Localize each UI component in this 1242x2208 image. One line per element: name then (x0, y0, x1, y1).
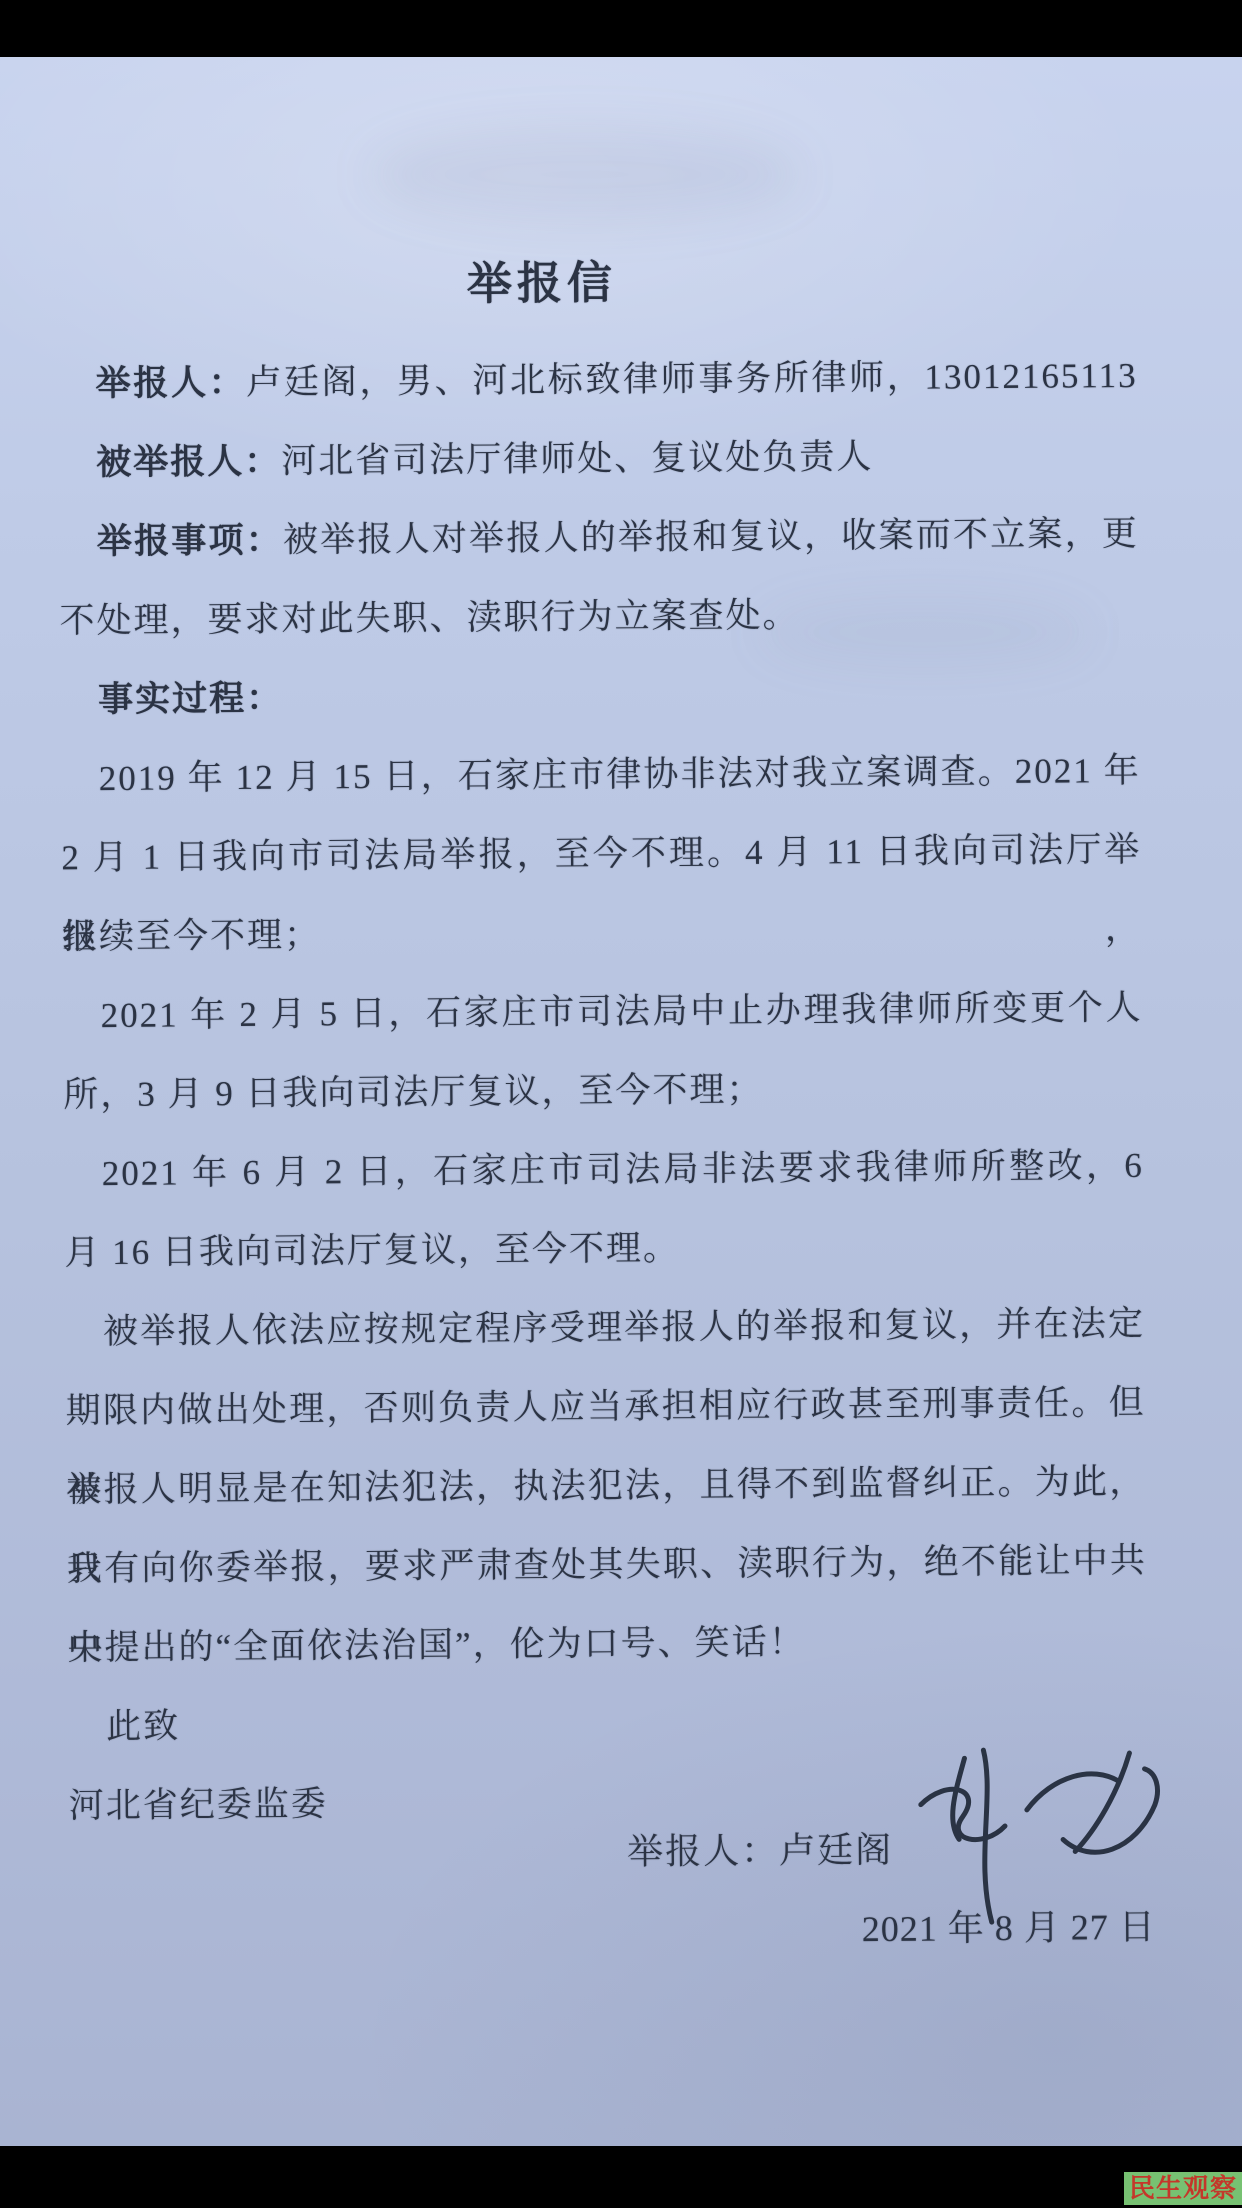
field-value: 2021 年 2 月 5 日，石家庄市司法局中止办理我律师所变更个人 (100, 988, 1142, 1035)
field-value: 河北省司法厅律师处、复议处负责人 (281, 437, 873, 481)
letter-line: 2019 年 12 月 15 日，石家庄市律协非法对我立案调查。2021 年 (60, 731, 1141, 818)
line-facts-heading: 事实过程： (60, 652, 1141, 739)
field-value: 央提出的“全面依法治国”，伦为口号、笑话！ (67, 1623, 805, 1668)
field-value: 河北省纪委监委 (69, 1784, 328, 1825)
letter-line: 央提出的“全面依法治国”，伦为口号、笑话！ (67, 1600, 1148, 1687)
letterbox-bottom: 民生观察 (0, 2146, 1242, 2208)
letter-line: 被举报人依法应按规定程序受理举报人的举报和复议，并在法定 (65, 1284, 1146, 1371)
field-value: 此致 (106, 1706, 180, 1746)
field-value: 继续至今不理； (62, 915, 321, 956)
line-subject: 举报事项：被举报人对举报人的举报和复议，收案而不立案，更 (59, 494, 1140, 581)
line-reporter: 举报人：卢廷阁，男、河北标致律师事务所律师，13012165113 (57, 336, 1138, 423)
letter-line: 只有向你委举报，要求严肃查处其失职、渎职行为，绝不能让中共中 (67, 1521, 1148, 1608)
letter-line: 2021 年 2 月 5 日，石家庄市司法局中止办理我律师所变更个人 (62, 968, 1143, 1055)
watermark-badge: 民生观察 (1124, 2172, 1242, 2205)
field-value: 所，3 月 9 日我向司法厅复议，至今不理； (63, 1070, 764, 1114)
field-value: 被举报人对举报人的举报和复议，收案而不立案，更 (283, 514, 1139, 560)
handwritten-signature (886, 1743, 1187, 1930)
field-label: 举报人： (95, 363, 246, 403)
letterbox-top (0, 0, 1242, 57)
field-value: 2021 年 6 月 2 日，石家庄市司法局非法要求我律师所整改，6 (102, 1146, 1144, 1193)
field-value: 月 16 日我向司法厅复议，至今不理。 (64, 1229, 680, 1273)
letter-line: 所，3 月 9 日我向司法厅复议，至今不理； (63, 1047, 1144, 1134)
letter-line: 2 月 1 日我向市司法局举报，至今不理。4 月 11 日我向司法厅举报， (61, 810, 1142, 897)
signer-name: 举报人：卢廷阁 (627, 1825, 893, 1877)
letter-line: 不处理，要求对此失职、渎职行为立案查处。 (59, 573, 1140, 660)
field-value: 被举报人依法应按规定程序受理举报人的举报和复议，并在法定 (103, 1304, 1145, 1351)
signature-row: 举报人：卢廷阁 (69, 1823, 1149, 1895)
letter-line: 期限内做出处理，否则负责人应当承担相应行政甚至刑事责任。但被 (65, 1363, 1146, 1450)
field-value: 卢廷阁，男、河北标致律师事务所律师，13012165113 (246, 356, 1138, 402)
complaint-letter: 举报信 举报人：卢廷阁，男、河北标致律师事务所律师，13012165113 被举… (0, 251, 1242, 1962)
letter-line: 举报人明显是在知法犯法，执法犯法，且得不到监督纠正。为此，我 (66, 1442, 1147, 1529)
line-respondent: 被举报人：河北省司法厅律师处、复议处负责人 (58, 415, 1139, 502)
photo-frame: 举报信 举报人：卢廷阁，男、河北标致律师事务所律师，13012165113 被举… (0, 0, 1242, 2208)
letter-title: 举报信 (2, 252, 1082, 314)
letter-body: 举报人：卢廷阁，男、河北标致律师事务所律师，13012165113 被举报人：河… (57, 336, 1149, 1845)
field-label: 被举报人： (96, 442, 281, 482)
paper-texture (370, 127, 800, 222)
field-label: 事实过程： (98, 679, 283, 719)
field-value: 2019 年 12 月 15 日，石家庄市律协非法对我立案调查。2021 年 (99, 751, 1141, 798)
field-value: 不处理，要求对此失职、渎职行为立案查处。 (59, 596, 799, 641)
field-label: 举报事项： (97, 521, 283, 561)
letter-line: 2021 年 6 月 2 日，石家庄市司法局非法要求我律师所整改，6 (64, 1126, 1145, 1213)
letter-line: 月 16 日我向司法厅复议，至今不理。 (64, 1205, 1145, 1292)
document-paper: 举报信 举报人：卢廷阁，男、河北标致律师事务所律师，13012165113 被举… (0, 57, 1242, 2146)
